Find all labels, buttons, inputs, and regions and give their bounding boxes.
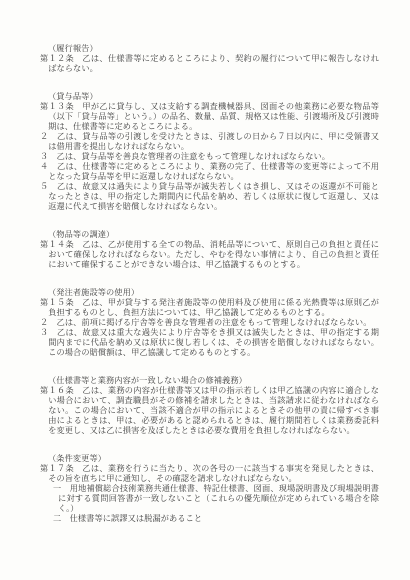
document-section: （貸与品等）第１３条 甲が乙に貸与し、又は支給する調査機械器具、図面その他業務に…	[40, 92, 379, 212]
section-heading: （発注者施設等の使用）	[48, 288, 379, 298]
document-section: （履行報告）第１２条 乙は、仕様書等に定めるところにより、契約の履行について甲に…	[40, 44, 379, 74]
paragraph: 第１５条 乙は、甲が貸与する発注者施設等の使用料及び使用に係る光熱費等は原則乙が…	[40, 298, 379, 318]
list-item: 二 仕様書等に誤謬又は脱漏があること	[53, 514, 379, 524]
document-section: （発注者施設等の使用）第１５条 乙は、甲が貸与する発注者施設等の使用料及び使用に…	[40, 288, 379, 358]
paragraph: ２ 乙は、貸与品等の引渡しを受けたときは、引渡しの日から７日以内に、甲に受領書又…	[40, 132, 379, 152]
section-heading: （条件変更等）	[48, 454, 379, 464]
section-heading: （物品等の調達）	[48, 230, 379, 240]
list-item: 一 用地補償総合技術業務共通仕様書、特記仕様書、図面、現場説明書及び現場説明書に…	[53, 484, 379, 514]
section-heading: （履行報告）	[48, 44, 379, 54]
paragraph: ３ 乙は、故意又は重大な過失により庁舎等をき損又は滅失したときは、甲の指定する期…	[40, 328, 379, 358]
document-body: （履行報告）第１２条 乙は、仕様書等に定めるところにより、契約の履行について甲に…	[40, 44, 379, 524]
paragraph: ４ 乙は、仕様書等に定めるところにより、業務の完了、仕様書等の変更等によって不用…	[40, 162, 379, 182]
paragraph: ５ 乙は、故意又は過失により貸与品等が滅失若しくはき損し、又はその返還が不可能と…	[40, 182, 379, 212]
document-section: （物品等の調達）第１４条 乙は、乙が使用する全ての物品、消耗品等について、原則自…	[40, 230, 379, 270]
paragraph: 第１４条 乙は、乙が使用する全ての物品、消耗品等について、原則自己の負担と責任に…	[40, 240, 379, 270]
section-heading: （貸与品等）	[48, 92, 379, 102]
document-section: （条件変更等）第１７条 乙は、業務を行うに当たり、次の各号の一に該当する事実を発…	[40, 454, 379, 524]
paragraph: ３ 乙は、貸与品等を善良な管理者の注意をもって管理しなければならない。	[40, 152, 379, 162]
section-heading: （仕様書等と業務内容が一致しない場合の修補義務）	[48, 376, 379, 386]
document-section: （仕様書等と業務内容が一致しない場合の修補義務）第１６条 乙は、業務の内容が仕様…	[40, 376, 379, 436]
paragraph: 第１７条 乙は、業務を行うに当たり、次の各号の一に該当する事実を発見したときは、…	[40, 464, 379, 484]
paragraph: ２ 乙は、前項に掲げる庁舎等を善良な管理者の注意をもって管理しなければならない。	[40, 318, 379, 328]
paragraph: 第１６条 乙は、業務の内容が仕様書等又は甲の指示若しくは甲乙協議の内容に適合しな…	[40, 386, 379, 436]
paragraph: 第１２条 乙は、仕様書等に定めるところにより、契約の履行について甲に報告しなけれ…	[40, 54, 379, 74]
document-page: （履行報告）第１２条 乙は、仕様書等に定めるところにより、契約の履行について甲に…	[0, 0, 410, 580]
paragraph: 第１３条 甲が乙に貸与し、又は支給する調査機械器具、図面その他業務に必要な物品等…	[40, 102, 379, 132]
